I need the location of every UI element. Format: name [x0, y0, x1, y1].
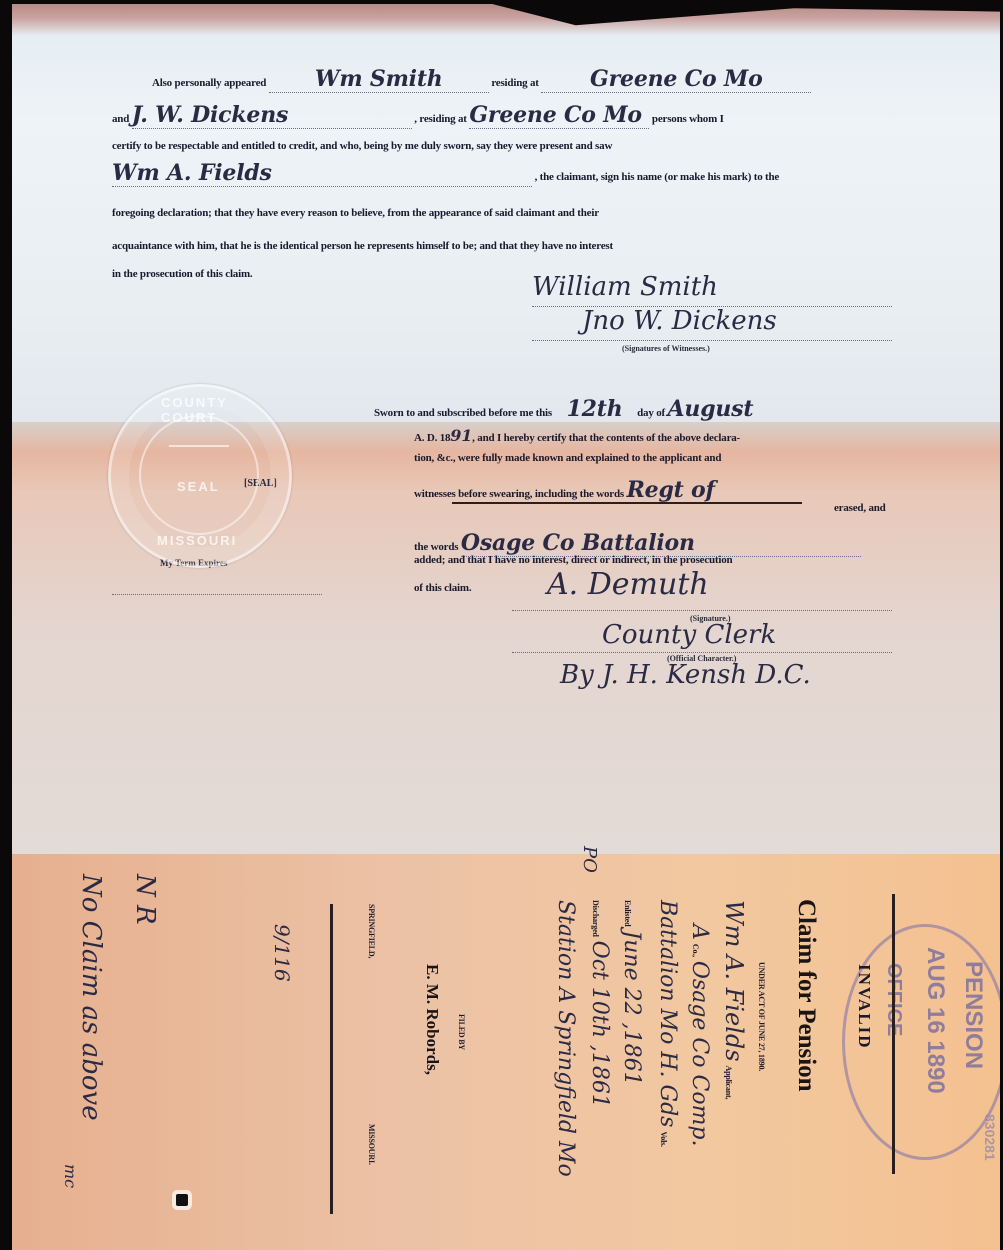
docket-heading: Claim for Pension	[792, 899, 820, 1092]
deputy-signature: By J. H. Kensh D.C.	[560, 660, 811, 690]
affidavit-line-6: acquaintance with him, that he is the id…	[112, 240, 613, 252]
applicant-name: Wm A. Fields	[720, 900, 748, 1062]
vols-label: Vols.	[659, 1131, 668, 1146]
docket-heading-small: INVALID	[854, 964, 874, 1050]
note-line-1: N R	[130, 874, 160, 925]
jurat-month: August	[668, 396, 808, 423]
and-label: and	[112, 113, 129, 125]
official-signature: A. Demuth	[547, 567, 709, 602]
county-court-seal: COUNTY COURT SEAL MISSOURI	[108, 384, 292, 568]
added-words: Osage Co Battalion	[461, 530, 861, 557]
witness-affidavit-panel: Also personally appeared Wm Smith residi…	[12, 4, 1000, 422]
filed-by-label: FILED BY	[457, 1014, 466, 1050]
jurat-line-1: Sworn to and subscribed before me this 1…	[374, 396, 808, 423]
including-words-label: witnesses before swearing, including the…	[414, 488, 624, 500]
residing-at-label: residing at	[491, 77, 538, 89]
official-title: County Clerk	[602, 620, 776, 650]
sworn-label: Sworn to and subscribed before me this	[374, 407, 552, 419]
signatures-caption: (Signatures of Witnesses.)	[622, 344, 710, 353]
claimant-name: Wm A. Fields	[112, 160, 532, 187]
note-initials: mc	[61, 1164, 80, 1188]
strike-line	[452, 502, 802, 504]
term-expires-line	[112, 594, 322, 595]
seal-text-center: SEAL	[177, 479, 220, 494]
witness2-residence: Greene Co Mo	[469, 102, 649, 129]
jurat-line-4: witnesses before swearing, including the…	[414, 477, 777, 504]
witness1-name: Wm Smith	[269, 66, 489, 93]
company-row: A Co., Osage Co Comp.	[687, 924, 712, 1147]
jurat-day: 12th	[555, 396, 635, 423]
po-label: PO	[579, 846, 600, 873]
jurat-line-7: added; and that I have no interest, dire…	[414, 554, 732, 566]
erased-label: erased, and	[834, 502, 886, 514]
witness2-signature: Jno W. Dickens	[582, 306, 777, 336]
jurat-year: 91	[450, 426, 472, 445]
affidavit-line-3: certify to be respectable and entitled t…	[112, 140, 612, 152]
affidavit-line-7: in the prosecution of this claim.	[112, 268, 252, 280]
enlisted-label: Enlisted	[623, 900, 632, 926]
attorney-city: SPRINGFIELD,	[367, 904, 376, 958]
scales-icon	[169, 445, 229, 477]
claimant-label: , the claimant, sign his name (or make h…	[535, 171, 780, 183]
stamp-office: PENSION	[959, 961, 987, 1069]
signature-line	[532, 340, 892, 341]
pension-document: Also personally appeared Wm Smith residi…	[12, 4, 1000, 1250]
affidavit-line-5: foregoing declaration; that they have ev…	[112, 207, 599, 219]
discharged-date: Oct 10th ,1861	[587, 941, 612, 1108]
affidavit-line-4: Wm A. Fields , the claimant, sign his na…	[112, 160, 779, 187]
witness2-name: J. W. Dickens	[132, 102, 412, 129]
signature-line	[512, 652, 892, 653]
note-line-2: No Claim as above	[76, 874, 106, 1121]
discharged-label: Discharged	[591, 900, 600, 937]
enlisted-date: June 22 ,1861	[619, 930, 644, 1085]
jurat-line-6: the words Osage Co Battalion	[414, 530, 861, 557]
company-letter: A	[687, 924, 712, 940]
docket-rule-left	[330, 904, 333, 1214]
torn-edge	[482, 4, 1000, 32]
discharged-row: Discharged Oct 10th ,1861	[587, 900, 612, 1108]
battalion: Battalion Mo H. Gds	[655, 900, 680, 1127]
residing-at-label: , residing at	[414, 113, 467, 125]
file-number: 9/116	[270, 924, 294, 982]
certify-text: , and I hereby certify that the contents…	[472, 432, 740, 444]
witness1-residence: Greene Co Mo	[541, 66, 811, 93]
jurat-line-8: of this claim.	[414, 582, 471, 594]
applicant-label: Applicant,	[724, 1066, 733, 1100]
affidavit-line-2: and J. W. Dickens , residing at Greene C…	[112, 102, 724, 129]
punch-hole	[176, 1194, 188, 1206]
applicant-row: Wm A. Fields Applicant,	[720, 900, 748, 1099]
day-of-label: day of	[637, 407, 665, 419]
post-office: Station A Springfield Mo	[553, 900, 578, 1177]
persons-whom-label: persons whom I	[652, 113, 724, 125]
signature-line	[512, 610, 892, 611]
attorney-name: E. M. Robords,	[422, 964, 442, 1075]
witness1-signature: William Smith	[532, 272, 718, 302]
act-line: UNDER ACT OF JUNE 27, 1890.	[757, 962, 766, 1071]
regiment: Osage Co Comp.	[687, 961, 712, 1147]
affidavit-line-1: Also personally appeared Wm Smith residi…	[152, 66, 811, 93]
erased-words: Regt of	[627, 477, 777, 504]
stamp-date: AUG 16 1890	[921, 947, 949, 1094]
battalion-row: Battalion Mo H. Gds Vols.	[655, 900, 680, 1147]
ad-label: A. D. 18	[414, 432, 450, 444]
docket-rule	[892, 894, 895, 1174]
attorney-state: MISSOURI.	[367, 1124, 376, 1165]
enlisted-row: Enlisted June 22 ,1861	[619, 900, 644, 1086]
jurat-line-3: tion, &c., were fully made known and exp…	[414, 452, 721, 464]
also-appeared-label: Also personally appeared	[152, 77, 266, 89]
the-words-label: the words	[414, 541, 458, 553]
stamp-serial: 830281	[982, 1114, 998, 1161]
seal-text-bottom: MISSOURI	[157, 533, 237, 548]
co-label: Co.,	[691, 944, 700, 957]
seal-text-top: COUNTY COURT	[161, 395, 289, 425]
jurat-line-2: A. D. 1891, and I hereby certify that th…	[414, 426, 740, 445]
